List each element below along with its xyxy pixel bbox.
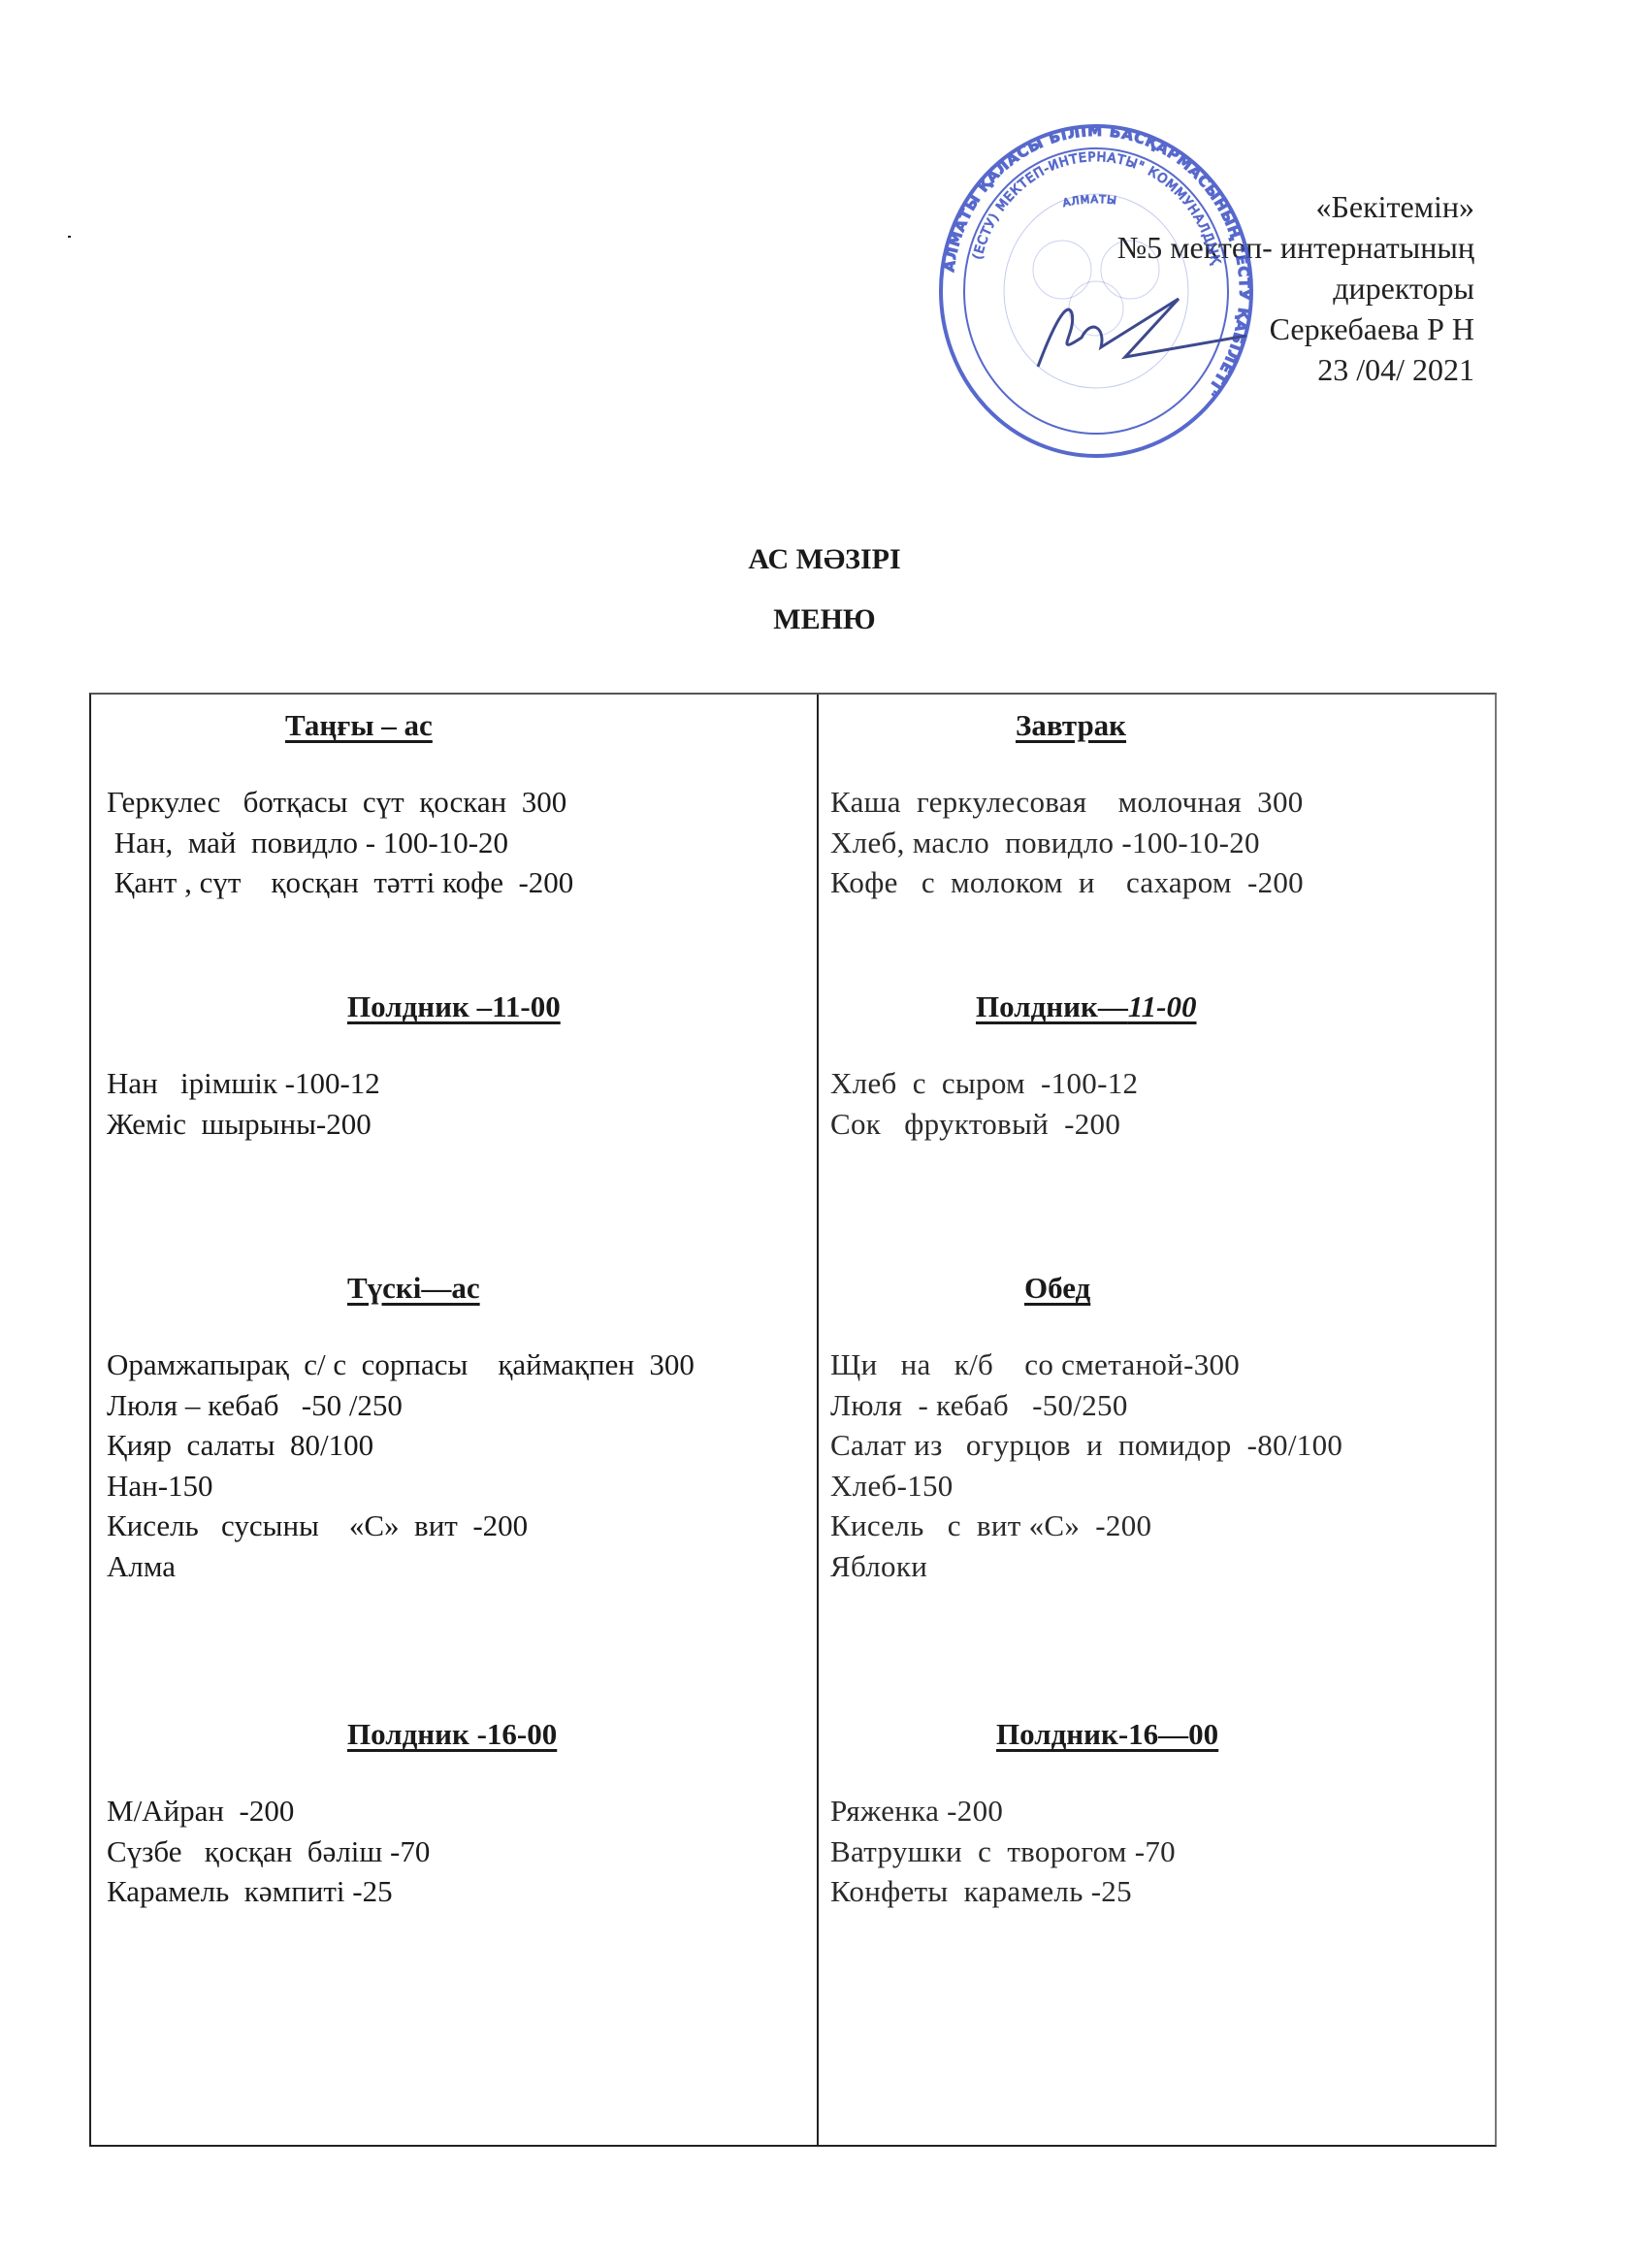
meal-heading: Түскі—ас bbox=[347, 1271, 480, 1306]
meal-heading-text: Полдник –11-00 bbox=[347, 989, 561, 1023]
meal-items: М/Айран -200Сүзбе қосқан бәліш -70Караме… bbox=[107, 1791, 430, 1912]
meal-heading-text: Полдник-16—00 bbox=[996, 1717, 1218, 1751]
meal-items: Щи на к/б со сметаной-300Люля - кебаб -5… bbox=[830, 1345, 1342, 1586]
menu-item: Конфеты карамель -25 bbox=[830, 1871, 1176, 1912]
russian-menu-column: ЗавтракКаша геркулесовая молочная 300Хле… bbox=[819, 695, 1497, 2145]
approval-block: «Бекітемін» №5 мектеп- интернатының дире… bbox=[1117, 186, 1474, 390]
meal-items: Нан ірімшік -100-12Жеміс шырыны-200 bbox=[107, 1063, 380, 1144]
meal-heading: Завтрак bbox=[1016, 708, 1126, 743]
menu-item: Каша геркулесовая молочная 300 bbox=[830, 782, 1304, 823]
menu-item: Қияр салаты 80/100 bbox=[107, 1425, 695, 1466]
menu-item: М/Айран -200 bbox=[107, 1791, 430, 1831]
approval-line: «Бекітемін» bbox=[1117, 186, 1474, 227]
meal-heading-text: Таңғы – ас bbox=[285, 708, 433, 742]
menu-item: Щи на к/б со сметаной-300 bbox=[830, 1345, 1342, 1385]
meal-heading: Обед bbox=[1024, 1271, 1090, 1306]
meal-heading: Полдник –11-00 bbox=[347, 989, 561, 1024]
menu-item: Салат из огурцов и помидор -80/100 bbox=[830, 1425, 1342, 1466]
meal-heading-time: 11-00 bbox=[1128, 989, 1197, 1023]
menu-item: Хлеб, масло повидло -100-10-20 bbox=[830, 823, 1304, 863]
meal-heading-text: Обед bbox=[1024, 1271, 1090, 1305]
meal-heading-text: Полдник -16-00 bbox=[347, 1717, 557, 1751]
kazakh-menu-column: Таңғы – асГеркулес ботқасы сүт қоскан 30… bbox=[91, 695, 817, 2145]
menu-item: Карамель кәмпиті -25 bbox=[107, 1871, 430, 1912]
svg-text:АЛМАТЫ: АЛМАТЫ bbox=[1061, 193, 1117, 210]
menu-item: Хлеб с сыром -100-12 bbox=[830, 1063, 1138, 1104]
meal-heading-text: Түскі—ас bbox=[347, 1271, 480, 1305]
meal-items: Хлеб с сыром -100-12Сок фруктовый -200 bbox=[830, 1063, 1138, 1144]
menu-item: Алма bbox=[107, 1546, 695, 1587]
meal-heading: Полдник-16—00 bbox=[996, 1717, 1218, 1752]
page-title-ru: МЕНЮ bbox=[0, 603, 1649, 636]
meal-items: Орамжапырақ с/ с сорпасы қаймақпен 300Лю… bbox=[107, 1345, 695, 1586]
approval-line: Серкебаева Р Н bbox=[1117, 308, 1474, 349]
menu-item: Яблоки bbox=[830, 1546, 1342, 1587]
menu-item: Кисель с вит «С» -200 bbox=[830, 1506, 1342, 1546]
menu-item: Орамжапырақ с/ с сорпасы қаймақпен 300 bbox=[107, 1345, 695, 1385]
menu-item: Қант , сүт қосқан тәтті кофе -200 bbox=[107, 862, 573, 903]
menu-item: Геркулес ботқасы сүт қоскан 300 bbox=[107, 782, 573, 823]
meal-items: Ряженка -200Ватрушки с творогом -70Конфе… bbox=[830, 1791, 1176, 1912]
meal-heading: Таңғы – ас bbox=[285, 708, 433, 743]
menu-item: Сүзбе қосқан бәліш -70 bbox=[107, 1831, 430, 1872]
approval-line: №5 мектеп- интернатының bbox=[1117, 227, 1474, 268]
approval-date: 23 /04/ 2021 bbox=[1117, 349, 1474, 390]
menu-item: Жеміс шырыны-200 bbox=[107, 1104, 380, 1145]
meal-items: Каша геркулесовая молочная 300Хлеб, масл… bbox=[830, 782, 1304, 903]
menu-item: Ряженка -200 bbox=[830, 1791, 1176, 1831]
menu-table: Таңғы – асГеркулес ботқасы сүт қоскан 30… bbox=[89, 693, 1497, 2147]
menu-item: Сок фруктовый -200 bbox=[830, 1104, 1138, 1145]
page-title-kz: АС МӘЗІРІ bbox=[0, 543, 1649, 576]
menu-item: Кисель сусыны «С» вит -200 bbox=[107, 1506, 695, 1546]
approval-line: директоры bbox=[1117, 268, 1474, 308]
menu-item: Люля - кебаб -50/250 bbox=[830, 1385, 1342, 1426]
meal-heading-text: Завтрак bbox=[1016, 708, 1126, 742]
menu-item: Хлеб-150 bbox=[830, 1466, 1342, 1507]
meal-heading-text: Полдник— bbox=[976, 989, 1128, 1023]
menu-item: Нан-150 bbox=[107, 1466, 695, 1507]
meal-heading: Полдник—11-00 bbox=[976, 989, 1197, 1024]
menu-item: Кофе с молоком и сахаром -200 bbox=[830, 862, 1304, 903]
stamp-city-text: АЛМАТЫ bbox=[1061, 193, 1117, 210]
meal-items: Геркулес ботқасы сүт қоскан 300 Нан, май… bbox=[107, 782, 573, 903]
menu-item: Нан, май повидло - 100-10-20 bbox=[107, 823, 573, 863]
menu-item: Люля – кебаб -50 /250 bbox=[107, 1385, 695, 1426]
scan-speck bbox=[68, 236, 71, 238]
menu-item: Нан ірімшік -100-12 bbox=[107, 1063, 380, 1104]
meal-heading: Полдник -16-00 bbox=[347, 1717, 557, 1752]
menu-item: Ватрушки с творогом -70 bbox=[830, 1831, 1176, 1872]
